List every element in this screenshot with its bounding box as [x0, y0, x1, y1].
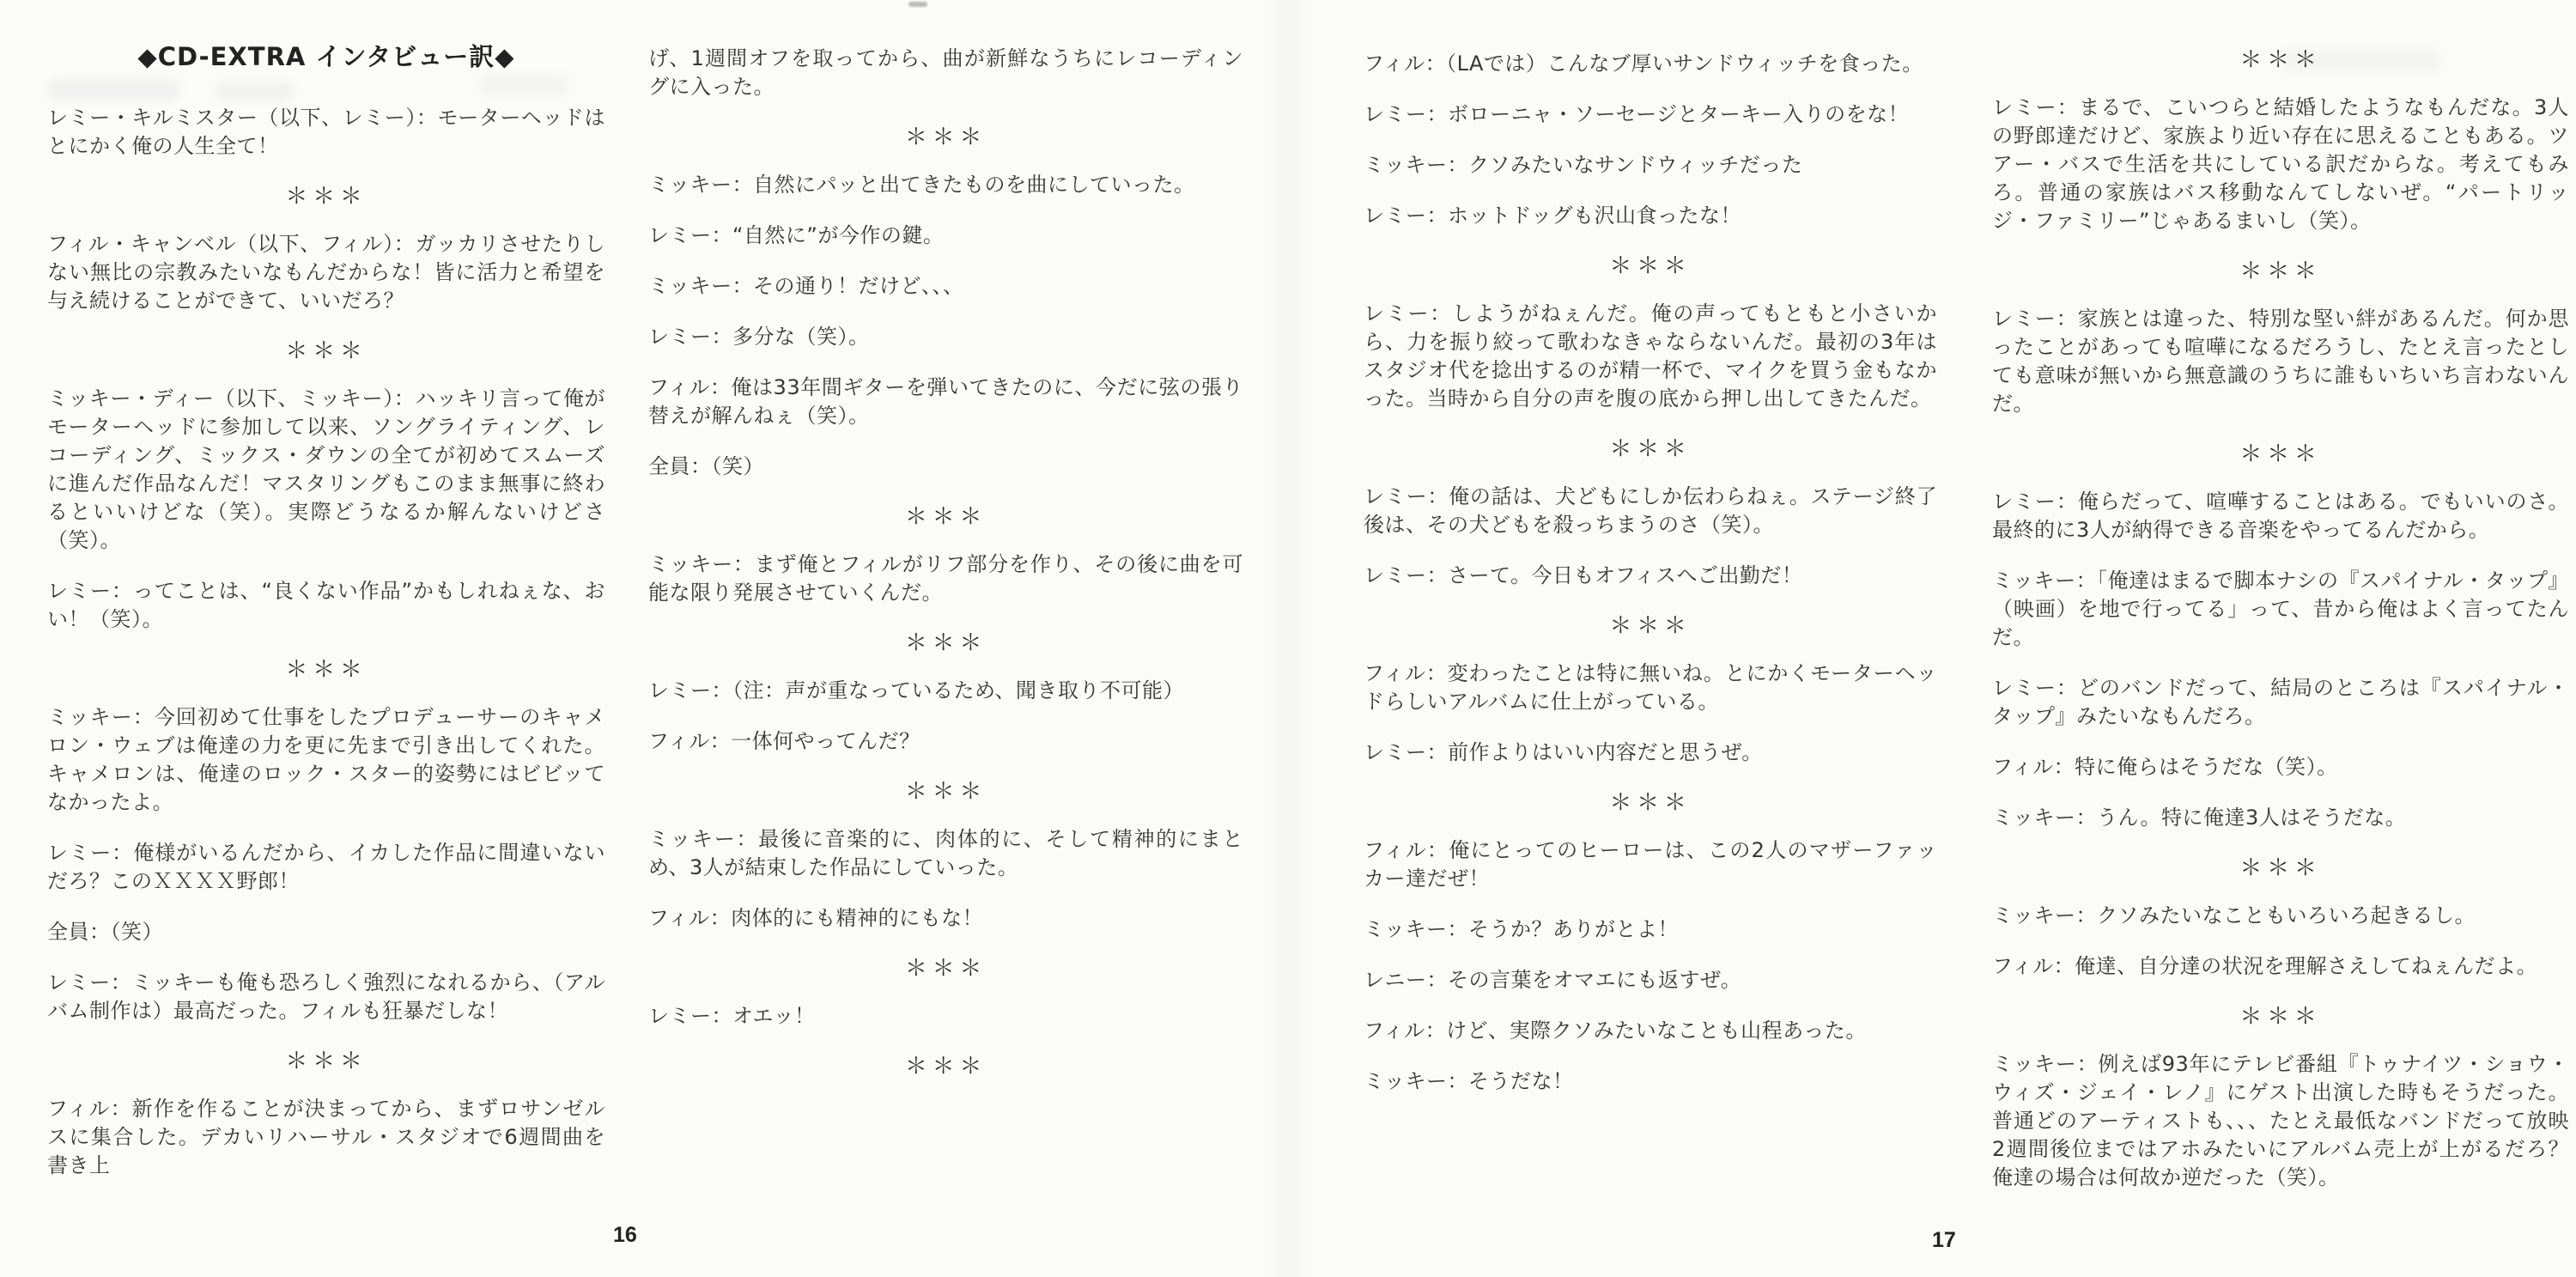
dialogue-paragraph: フィル：（LAでは）こんなブ厚いサンドウィッチを食った。 — [1364, 50, 1937, 78]
dialogue-paragraph: レミー：“自然に”が今作の鍵。 — [648, 222, 1243, 250]
dialogue-paragraph: レミー：しようがねぇんだ。俺の声ってもともと小さいから、力を振り絞って歌わなきゃ… — [1364, 300, 1937, 413]
dialogue-paragraph: レミー：ミッキーも俺も恐ろしく強烈になれるから、（アルバム制作は）最高だった。フ… — [47, 969, 605, 1025]
section-separator: ＊＊＊ — [47, 1048, 605, 1076]
booklet-spread: ◆CD-EXTRA インタビュー訳◆レミー・キルミスター（以下、レミー）：モータ… — [0, 0, 2576, 1277]
dialogue-paragraph: レミー：ホットドッグも沢山食ったな！ — [1364, 202, 1937, 230]
dialogue-paragraph: ミッキー：まず俺とフィルがリフ部分を作り、その後に曲を可能な限り発展させていくん… — [648, 550, 1243, 607]
dialogue-paragraph: レミー：家族とは違った、特別な堅い絆があるんだ。何か思ったことがあっても喧嘩にな… — [1992, 305, 2569, 418]
dialogue-paragraph: ミッキー：今回初めて仕事をしたプロデューサーのキャメロン・ウェブは俺達の力を更に… — [47, 703, 605, 817]
section-separator: ＊＊＊ — [47, 183, 605, 211]
dialogue-paragraph: レミー：さーて。今日もオフィスへご出勤だ！ — [1364, 562, 1937, 590]
section-separator: ＊＊＊ — [648, 503, 1243, 532]
dialogue-paragraph: レミー：俺らだって、喧嘩することはある。でもいいのさ。最終的に3人が納得できる音… — [1992, 488, 2569, 544]
text-column-4: ＊＊＊レミー：まるで、こいつらと結婚したようなもんだな。3人の野郎達だけど、家族… — [1992, 38, 2569, 1214]
dialogue-paragraph: ミッキー：「俺達はまるで脚本ナシの『スパイナル・タップ』（映画）を地で行ってる」… — [1992, 567, 2569, 652]
section-separator: ＊＊＊ — [47, 337, 605, 366]
dialogue-paragraph: フィル・キャンベル（以下、フィル）：ガッカリさせたりしない無比の宗教みたいなもん… — [47, 230, 605, 315]
section-title: ◆CD-EXTRA インタビュー訳◆ — [47, 43, 605, 71]
section-separator: ＊＊＊ — [1992, 258, 2569, 286]
section-separator: ＊＊＊ — [648, 1053, 1243, 1081]
dialogue-paragraph: フィル：俺にとってのヒーローは、この2人のマザーファッカー達だぜ！ — [1364, 836, 1937, 893]
dialogue-paragraph: フィル：一体何やってんだ？ — [648, 727, 1243, 756]
section-separator: ＊＊＊ — [648, 778, 1243, 806]
dialogue-paragraph: レミー：どのバンドだって、結局のところは『スパイナル・タップ』みたいなもんだろ。 — [1992, 674, 2569, 731]
section-separator: ＊＊＊ — [1992, 1003, 2569, 1031]
text-column-1: ◆CD-EXTRA インタビュー訳◆レミー・キルミスター（以下、レミー）：モータ… — [47, 43, 605, 1202]
dialogue-paragraph: ミッキー：自然にパッと出てきたものを曲にしていった。 — [648, 171, 1243, 199]
dialogue-paragraph: レミー：俺様がいるんだから、イカした作品に間違いないだろ？このＸＸＸＸ野郎！ — [47, 839, 605, 896]
section-separator: ＊＊＊ — [1364, 789, 1937, 818]
section-separator: ＊＊＊ — [648, 629, 1243, 658]
section-separator: ＊＊＊ — [648, 124, 1243, 152]
text-column-2: げ、1週間オフを取ってから、曲が新鮮なうちにレコーディングに入った。＊＊＊ミッキ… — [648, 45, 1243, 1100]
dialogue-paragraph: レミー・キルミスター（以下、レミー）：モーターヘッドはとにかく俺の人生全て！ — [47, 104, 605, 161]
dialogue-paragraph: レミー：（注：声が重なっているため、聞き取り不可能） — [648, 677, 1243, 705]
dialogue-paragraph: レミー：オエッ！ — [648, 1002, 1243, 1031]
dialogue-paragraph: レミー：俺の話は、犬どもにしか伝わらねぇ。ステージ終了後は、その犬どもを殺っちま… — [1364, 483, 1937, 539]
dialogue-paragraph: フィル：けど、実際クソみたいなことも山程あった。 — [1364, 1017, 1937, 1045]
dialogue-paragraph: ミッキー：その通り！だけど、、、 — [648, 272, 1243, 301]
dialogue-paragraph: フィル：肉体的にも精神的にもな！ — [648, 904, 1243, 933]
dialogue-paragraph: フィル：俺達、自分達の状況を理解さえしてねぇんだよ。 — [1992, 952, 2569, 981]
dialogue-paragraph: ミッキー：クソみたいなこともいろいろ起きるし。 — [1992, 902, 2569, 930]
dialogue-paragraph: ミッキー：最後に音楽的に、肉体的に、そして精神的にまとめ、3人が結束した作品にし… — [648, 825, 1243, 882]
dialogue-paragraph: げ、1週間オフを取ってから、曲が新鮮なうちにレコーディングに入った。 — [648, 45, 1243, 101]
section-separator: ＊＊＊ — [1364, 252, 1937, 281]
section-separator: ＊＊＊ — [1992, 854, 2569, 883]
dialogue-paragraph: 全員：（笑） — [47, 918, 605, 946]
scan-speck-artifact — [908, 2, 927, 7]
page-number-right: 17 — [1932, 1228, 1956, 1253]
dialogue-paragraph: ミッキー：うん。特に俺達3人はそうだな。 — [1992, 804, 2569, 832]
dialogue-paragraph: レミー：ってことは、“良くない作品”かもしれねぇな、おい！（笑）。 — [47, 577, 605, 634]
dialogue-paragraph: ミッキー・ディー（以下、ミッキー）：ハッキリ言って俺がモーターヘッドに参加して以… — [47, 385, 605, 555]
dialogue-paragraph: フィル：変わったことは特に無いね。とにかくモーターヘッドらしいアルバムに仕上がっ… — [1364, 660, 1937, 716]
dialogue-paragraph: フィル：新作を作ることが決まってから、まずロサンゼルスに集合した。デカいリハーサ… — [47, 1095, 605, 1180]
page-number-left: 16 — [613, 1223, 637, 1248]
dialogue-paragraph: ミッキー：そうだな！ — [1364, 1067, 1937, 1096]
dialogue-paragraph: ミッキー：クソみたいなサンドウィッチだった — [1364, 151, 1937, 179]
section-separator: ＊＊＊ — [1364, 612, 1937, 641]
section-separator: ＊＊＊ — [47, 656, 605, 684]
section-separator: ＊＊＊ — [1364, 435, 1937, 464]
dialogue-paragraph: レニー：その言葉をオマエにも返すぜ。 — [1364, 966, 1937, 994]
section-separator: ＊＊＊ — [1992, 46, 2569, 75]
dialogue-paragraph: 全員：（笑） — [648, 453, 1243, 481]
section-separator: ＊＊＊ — [1992, 441, 2569, 469]
dialogue-paragraph: フィル：俺は33年間ギターを弾いてきたのに、今だに弦の張り替えが解んねぇ（笑）。 — [648, 374, 1243, 430]
dialogue-paragraph: フィル：特に俺らはそうだな（笑）。 — [1992, 753, 2569, 781]
dialogue-paragraph: レミー：多分な（笑）。 — [648, 323, 1243, 351]
dialogue-paragraph: ミッキー：例えば93年にテレビ番組『トゥナイツ・ショウ・ウィズ・ジェイ・レノ』に… — [1992, 1050, 2569, 1192]
dialogue-paragraph: レミー：ボローニャ・ソーセージとターキー入りのをな！ — [1364, 100, 1937, 129]
section-separator: ＊＊＊ — [648, 955, 1243, 983]
dialogue-paragraph: レミー：まるで、こいつらと結婚したようなもんだな。3人の野郎達だけど、家族より近… — [1992, 94, 2569, 235]
text-column-3: フィル：（LAでは）こんなブ厚いサンドウィッチを食った。レミー：ボローニャ・ソー… — [1364, 50, 1937, 1118]
dialogue-paragraph: ミッキー：そうか？ありがとよ！ — [1364, 915, 1937, 944]
dialogue-paragraph: レミー：前作よりはいい内容だと思うぜ。 — [1364, 739, 1937, 767]
